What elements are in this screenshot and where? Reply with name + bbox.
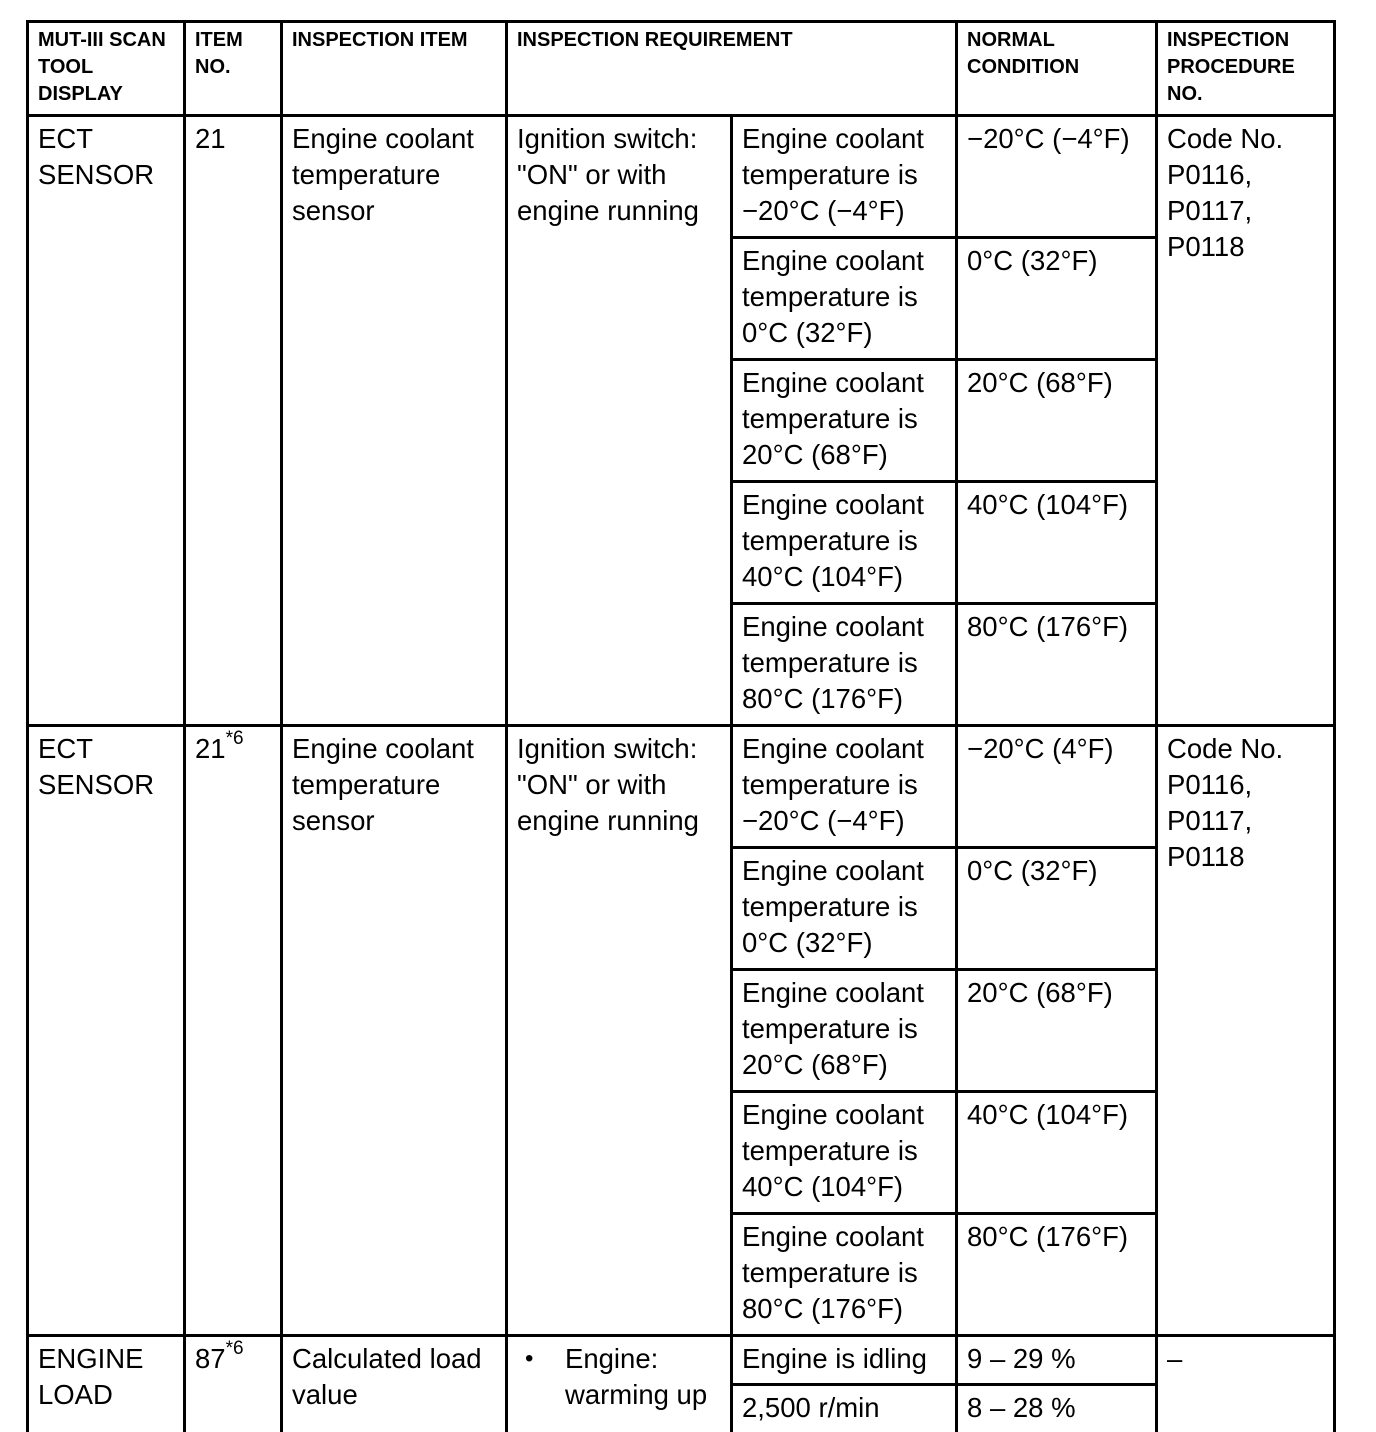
header-inspection-item: INSPECTION ITEM — [282, 22, 507, 116]
cell-requirement: •Engine: warming up — [507, 1336, 732, 1432]
cell-condition: Engine coolant temperature is 80°C (176°… — [732, 604, 957, 726]
cell-condition: Engine coolant temperature is 0°C (32°F) — [732, 848, 957, 970]
cell-normal-value: −20°C (4°F) — [957, 726, 1157, 848]
item-no-value: 87 — [195, 1343, 226, 1374]
item-no-value: 21 — [195, 733, 226, 764]
cell-inspection-item: Calculated load value — [282, 1336, 507, 1432]
cell-display: ECT SENSOR — [28, 116, 185, 726]
cell-display: ENGINE LOAD — [28, 1336, 185, 1432]
table-body: ECT SENSOR21Engine coolant temperature s… — [28, 116, 1335, 1432]
cell-condition: Engine is idling — [732, 1336, 957, 1385]
cell-normal-value: 40°C (104°F) — [957, 482, 1157, 604]
cell-normal-value: 20°C (68°F) — [957, 970, 1157, 1092]
header-inspection-requirement: INSPECTION REQUIREMENT — [507, 22, 957, 116]
cell-procedure: – — [1157, 1336, 1335, 1432]
header-item-no: ITEM NO. — [185, 22, 282, 116]
cell-condition: Engine coolant temperature is 20°C (68°F… — [732, 970, 957, 1092]
cell-inspection-item: Engine coolant temperature sensor — [282, 726, 507, 1336]
cell-item-no: 21*6 — [185, 726, 282, 1336]
cell-item-no: 21 — [185, 116, 282, 726]
header-display: MUT-III SCAN TOOL DISPLAY — [28, 22, 185, 116]
cell-item-no: 87*6 — [185, 1336, 282, 1432]
bullet-icon: • — [517, 1341, 565, 1413]
item-no-footnote: *6 — [226, 1338, 244, 1359]
cell-condition: Engine coolant temperature is −20°C (−4°… — [732, 116, 957, 238]
cell-condition: Engine coolant temperature is 20°C (68°F… — [732, 360, 957, 482]
cell-condition: 2,500 r/min — [732, 1385, 957, 1432]
cell-condition: Engine coolant temperature is 0°C (32°F) — [732, 238, 957, 360]
cell-condition: Engine coolant temperature is 40°C (104°… — [732, 1092, 957, 1214]
cell-inspection-item: Engine coolant temperature sensor — [282, 116, 507, 726]
cell-normal-value: 80°C (176°F) — [957, 1214, 1157, 1336]
cell-normal-value: 8 – 28 % — [957, 1385, 1157, 1432]
cell-display: ECT SENSOR — [28, 726, 185, 1336]
inspection-table: MUT-III SCAN TOOL DISPLAY ITEM NO. INSPE… — [26, 20, 1336, 1432]
cell-condition: Engine coolant temperature is 80°C (176°… — [732, 1214, 957, 1336]
table-row: ENGINE LOAD87*6Calculated load value•Eng… — [28, 1336, 1335, 1385]
cell-normal-value: 0°C (32°F) — [957, 238, 1157, 360]
cell-condition: Engine coolant temperature is −20°C (−4°… — [732, 726, 957, 848]
cell-requirement: Ignition switch: "ON" or with engine run… — [507, 116, 732, 726]
table-row: ECT SENSOR21*6Engine coolant temperature… — [28, 726, 1335, 848]
cell-normal-value: 80°C (176°F) — [957, 604, 1157, 726]
header-row: MUT-III SCAN TOOL DISPLAY ITEM NO. INSPE… — [28, 22, 1335, 116]
cell-requirement: Ignition switch: "ON" or with engine run… — [507, 726, 732, 1336]
item-no-footnote: *6 — [226, 728, 244, 749]
cell-normal-value: 0°C (32°F) — [957, 848, 1157, 970]
header-normal-condition: NORMAL CONDITION — [957, 22, 1157, 116]
table-row: ECT SENSOR21Engine coolant temperature s… — [28, 116, 1335, 238]
cell-procedure: Code No. P0116, P0117, P0118 — [1157, 116, 1335, 726]
cell-normal-value: 9 – 29 % — [957, 1336, 1157, 1385]
cell-normal-value: 40°C (104°F) — [957, 1092, 1157, 1214]
cell-normal-value: −20°C (−4°F) — [957, 116, 1157, 238]
cell-procedure: Code No. P0116, P0117, P0118 — [1157, 726, 1335, 1336]
cell-normal-value: 20°C (68°F) — [957, 360, 1157, 482]
cell-condition: Engine coolant temperature is 40°C (104°… — [732, 482, 957, 604]
requirement-text: Engine: warming up — [565, 1341, 722, 1413]
item-no-value: 21 — [195, 123, 226, 154]
header-procedure-no: INSPECTION PROCEDURE NO. — [1157, 22, 1335, 116]
